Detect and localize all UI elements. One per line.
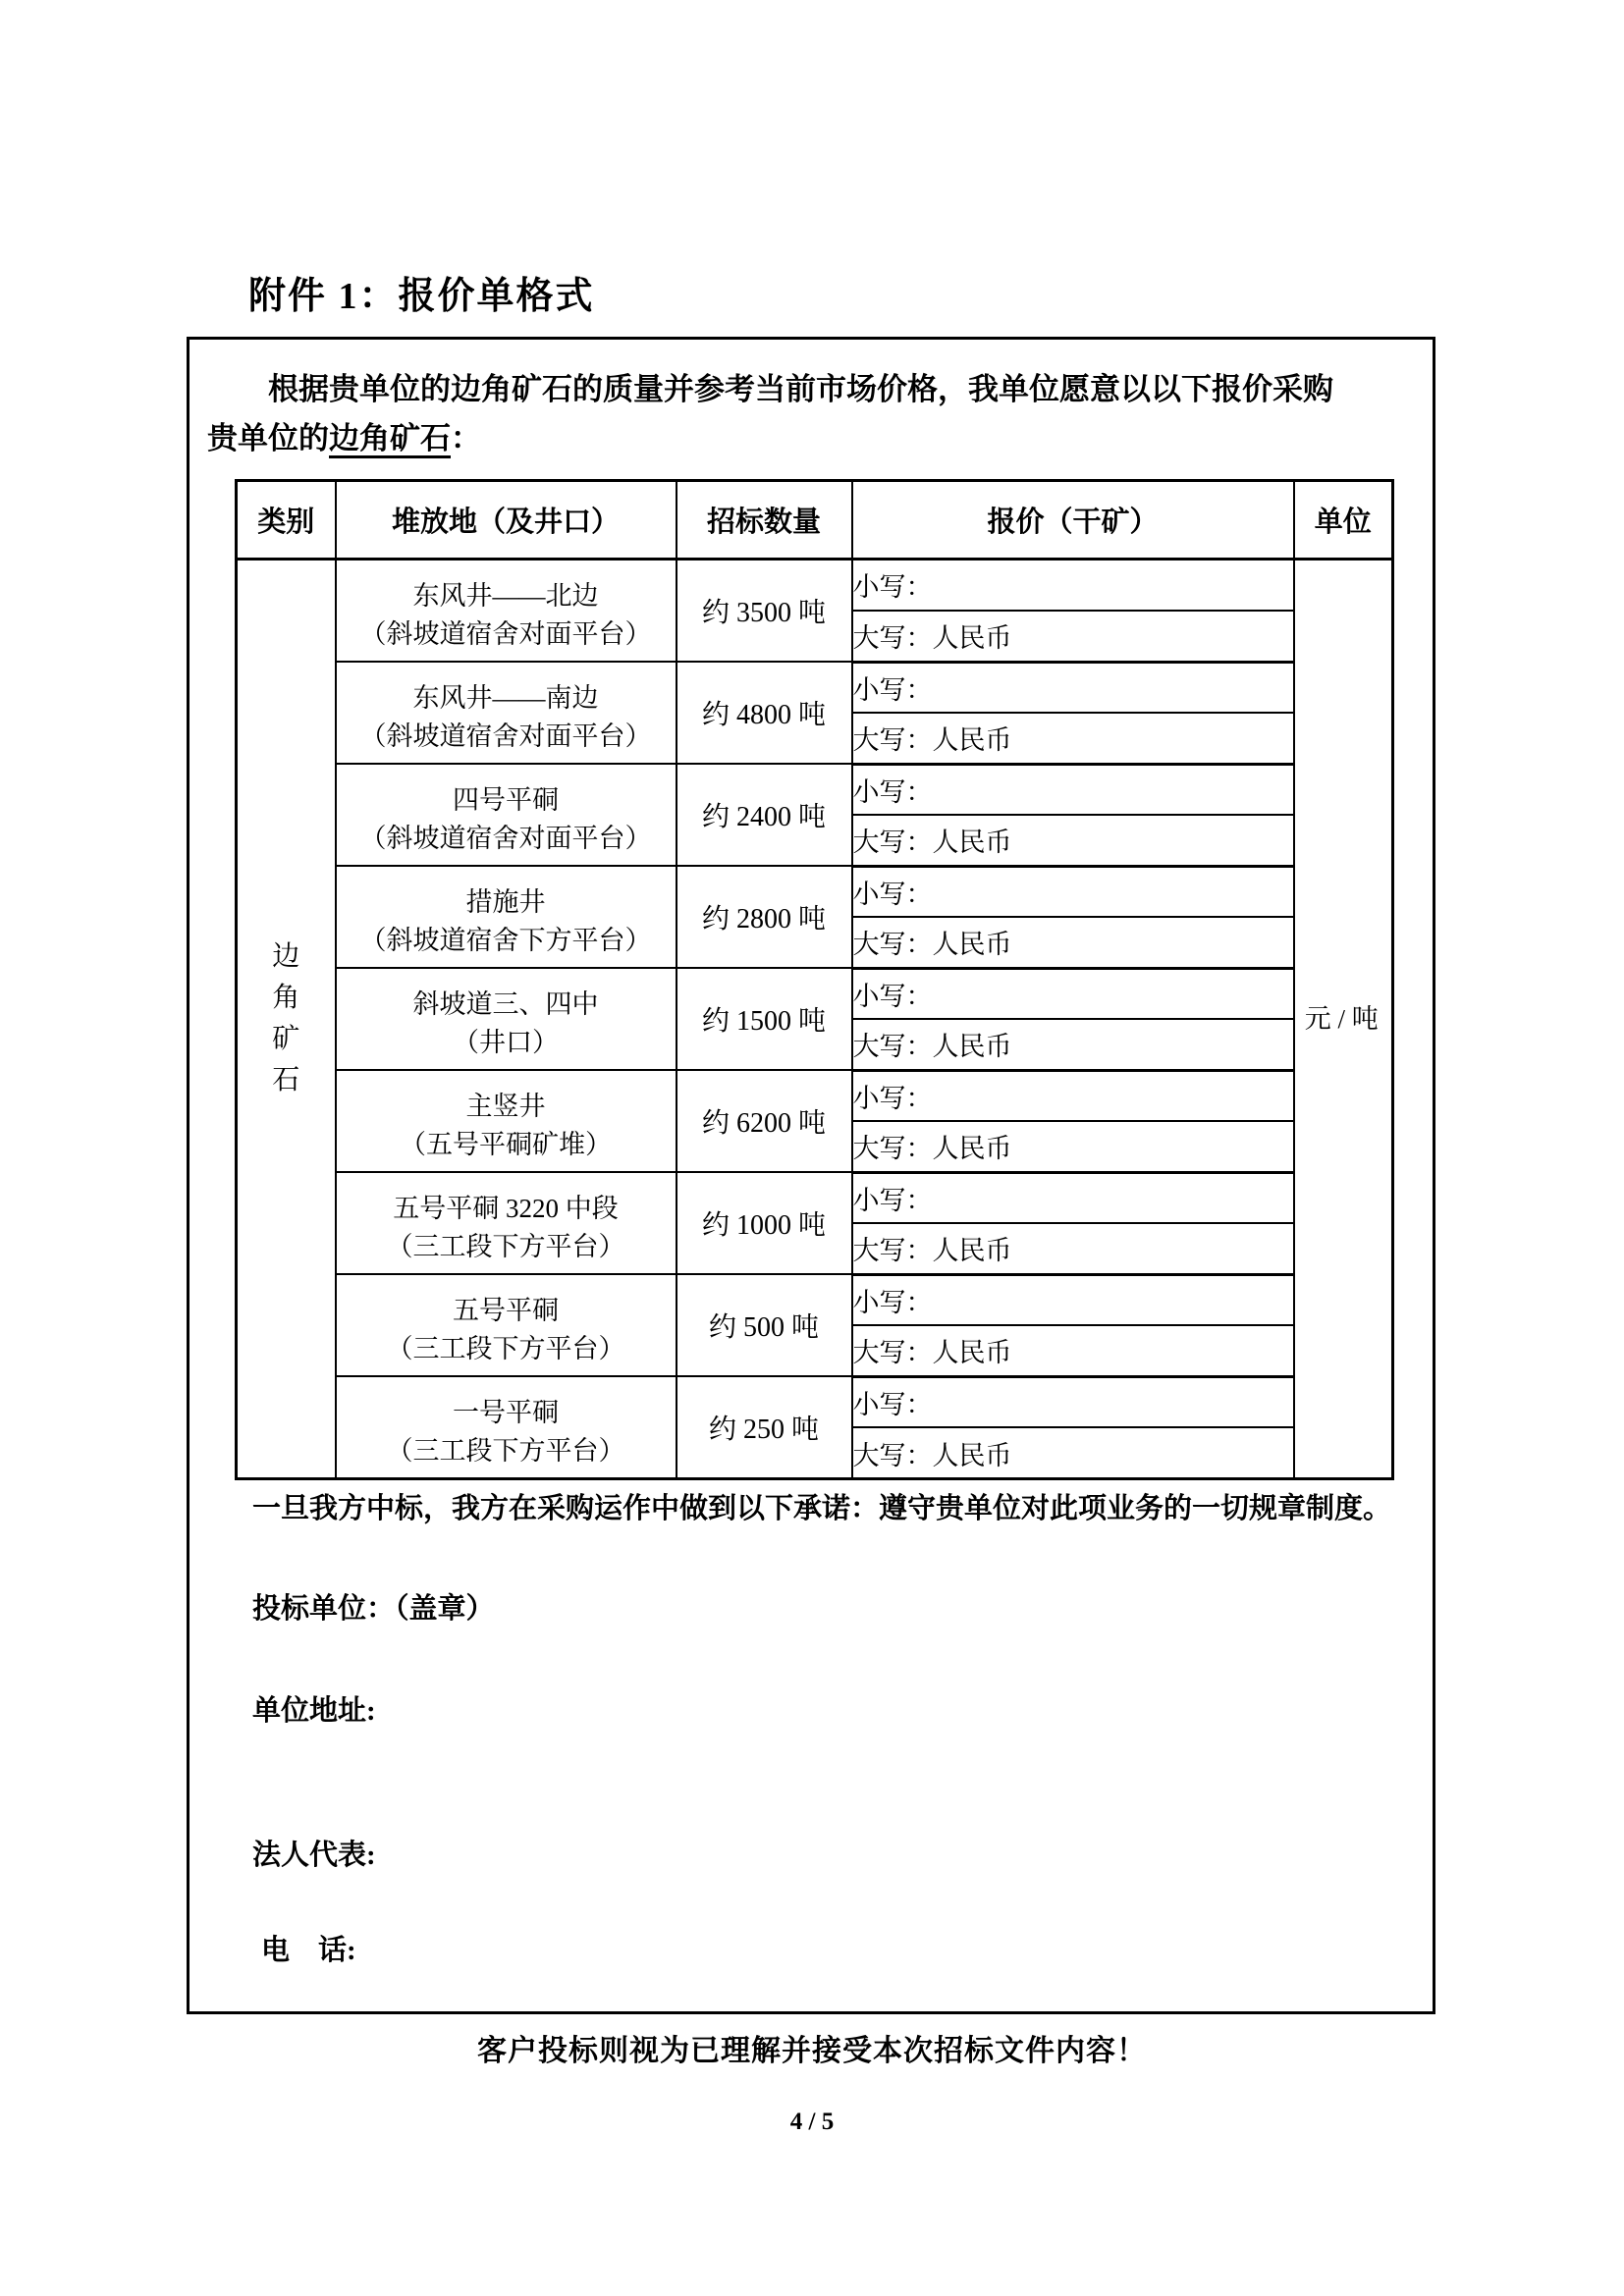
- intro-colon: ：: [451, 421, 481, 455]
- location-line2: （斜坡道宿舍下方平台）: [337, 919, 676, 957]
- bidder-field-label: 投标单位：（盖章）: [252, 1586, 495, 1627]
- location-line1: 措施井: [337, 881, 676, 919]
- price-small-cell: 小写：: [852, 764, 1294, 815]
- location-line2: （井口）: [337, 1021, 676, 1059]
- location-line2: （三工段下方平台）: [337, 1327, 676, 1365]
- location-line2: （斜坡道宿舍对面平台）: [337, 613, 676, 651]
- price-large-cell: 大写：人民币: [852, 815, 1294, 866]
- table-header-row: 类别 堆放地（及井口） 招标数量 报价（干矿） 单位: [237, 481, 1393, 560]
- quantity-cell: 约 4800 吨: [677, 662, 852, 764]
- location-line1: 东风井——南边: [337, 676, 676, 715]
- price-large-cell: 大写：人民币: [852, 713, 1294, 764]
- intro-line2: 贵单位的边角矿石：: [207, 414, 1430, 463]
- legal-rep-field-label: 法人代表:: [252, 1833, 376, 1873]
- header-cell-location: 堆放地（及井口）: [336, 481, 677, 560]
- page-number: 4 / 5: [0, 2109, 1624, 2136]
- phone-field-label: 电 话:: [261, 1928, 356, 1968]
- location-line1: 五号平硐: [337, 1289, 676, 1327]
- location-line1: 主竖井: [337, 1085, 676, 1123]
- unit-cell: 元 / 吨: [1294, 560, 1393, 1479]
- quantity-cell: 约 2800 吨: [677, 866, 852, 968]
- location-cell: 五号平硐 3220 中段（三工段下方平台）: [336, 1172, 677, 1274]
- price-large-cell: 大写：人民币: [852, 1325, 1294, 1376]
- location-line2: （五号平硐矿堆）: [337, 1123, 676, 1161]
- location-cell: 四号平硐（斜坡道宿舍对面平台）: [336, 764, 677, 866]
- header-cell-unit: 单位: [1294, 481, 1393, 560]
- document-page: 附件 1：报价单格式 根据贵单位的边角矿石的质量并参考当前市场价格，我单位愿意以…: [0, 0, 1624, 2296]
- header-cell-price: 报价（干矿）: [852, 481, 1294, 560]
- quantity-cell: 约 6200 吨: [677, 1070, 852, 1172]
- quantity-cell: 约 1500 吨: [677, 968, 852, 1070]
- footer-note: 客户投标则视为已理解并接受本次招标文件内容！: [0, 2026, 1624, 2069]
- table-row: 一号平硐（三工段下方平台） 约 250 吨 小写：: [237, 1376, 1393, 1427]
- table-row: 四号平硐（斜坡道宿舍对面平台） 约 2400 吨 小写：: [237, 764, 1393, 815]
- page-title: 附件 1：报价单格式: [248, 265, 595, 319]
- location-line1: 东风井——北边: [337, 574, 676, 613]
- intro-underlined-term: 边角矿石: [329, 421, 451, 455]
- table-row: 主竖井（五号平硐矿堆） 约 6200 吨 小写：: [237, 1070, 1393, 1121]
- header-cell-quantity: 招标数量: [677, 481, 852, 560]
- location-cell: 斜坡道三、四中（井口）: [336, 968, 677, 1070]
- price-small-cell: 小写：: [852, 968, 1294, 1019]
- quantity-cell: 约 2400 吨: [677, 764, 852, 866]
- location-cell: 一号平硐（三工段下方平台）: [336, 1376, 677, 1479]
- location-line1: 五号平硐 3220 中段: [337, 1187, 676, 1225]
- location-line1: 斜坡道三、四中: [337, 983, 676, 1021]
- price-large-cell: 大写：人民币: [852, 1121, 1294, 1172]
- location-cell: 东风井——南边（斜坡道宿舍对面平台）: [336, 662, 677, 764]
- location-line2: （三工段下方平台）: [337, 1429, 676, 1468]
- price-small-cell: 小写：: [852, 1070, 1294, 1121]
- price-large-cell: 大写：人民币: [852, 917, 1294, 968]
- table-row: 斜坡道三、四中（井口） 约 1500 吨 小写：: [237, 968, 1393, 1019]
- quantity-cell: 约 1000 吨: [677, 1172, 852, 1274]
- price-small-cell: 小写：: [852, 1274, 1294, 1325]
- quote-table: 类别 堆放地（及井口） 招标数量 报价（干矿） 单位 边角矿石 东风井——北边（…: [235, 479, 1394, 1480]
- quantity-cell: 约 250 吨: [677, 1376, 852, 1479]
- location-line2: （斜坡道宿舍对面平台）: [337, 817, 676, 855]
- price-small-cell: 小写：: [852, 560, 1294, 611]
- intro-line1: 根据贵单位的边角矿石的质量并参考当前市场价格，我单位愿意以以下报价采购: [207, 365, 1430, 414]
- commitment-text: 一旦我方中标，我方在采购运作中做到以下承诺：遵守贵单位对此项业务的一切规章制度。: [252, 1489, 1421, 1528]
- category-cell: 边角矿石: [237, 560, 336, 1479]
- price-large-cell: 大写：人民币: [852, 1427, 1294, 1478]
- price-small-cell: 小写：: [852, 1172, 1294, 1223]
- price-small-cell: 小写：: [852, 662, 1294, 713]
- table-row: 五号平硐（三工段下方平台） 约 500 吨 小写：: [237, 1274, 1393, 1325]
- location-line2: （三工段下方平台）: [337, 1225, 676, 1263]
- location-cell: 主竖井（五号平硐矿堆）: [336, 1070, 677, 1172]
- intro-paragraph: 根据贵单位的边角矿石的质量并参考当前市场价格，我单位愿意以以下报价采购 贵单位的…: [207, 365, 1430, 463]
- price-small-cell: 小写：: [852, 1376, 1294, 1427]
- price-small-cell: 小写：: [852, 866, 1294, 917]
- location-line2: （斜坡道宿舍对面平台）: [337, 715, 676, 753]
- price-large-cell: 大写：人民币: [852, 1019, 1294, 1070]
- price-large-cell: 大写：人民币: [852, 1223, 1294, 1274]
- location-line1: 一号平硐: [337, 1391, 676, 1429]
- location-cell: 措施井（斜坡道宿舍下方平台）: [336, 866, 677, 968]
- location-cell: 东风井——北边（斜坡道宿舍对面平台）: [336, 560, 677, 663]
- unit-value: 元 / 吨: [1305, 991, 1381, 1046]
- quantity-cell: 约 500 吨: [677, 1274, 852, 1376]
- table-row: 边角矿石 东风井——北边（斜坡道宿舍对面平台） 约 3500 吨 小写： 元 /…: [237, 560, 1393, 611]
- quantity-cell: 约 3500 吨: [677, 560, 852, 663]
- intro-line2-prefix: 贵单位的: [207, 421, 329, 455]
- address-field-label: 单位地址:: [252, 1688, 376, 1729]
- table-row: 东风井——南边（斜坡道宿舍对面平台） 约 4800 吨 小写：: [237, 662, 1393, 713]
- category-value: 边角矿石: [269, 936, 302, 1101]
- location-line1: 四号平硐: [337, 778, 676, 817]
- table-row: 五号平硐 3220 中段（三工段下方平台） 约 1000 吨 小写：: [237, 1172, 1393, 1223]
- location-cell: 五号平硐（三工段下方平台）: [336, 1274, 677, 1376]
- header-cell-category: 类别: [237, 481, 336, 560]
- table-row: 措施井（斜坡道宿舍下方平台） 约 2800 吨 小写：: [237, 866, 1393, 917]
- price-large-cell: 大写：人民币: [852, 611, 1294, 662]
